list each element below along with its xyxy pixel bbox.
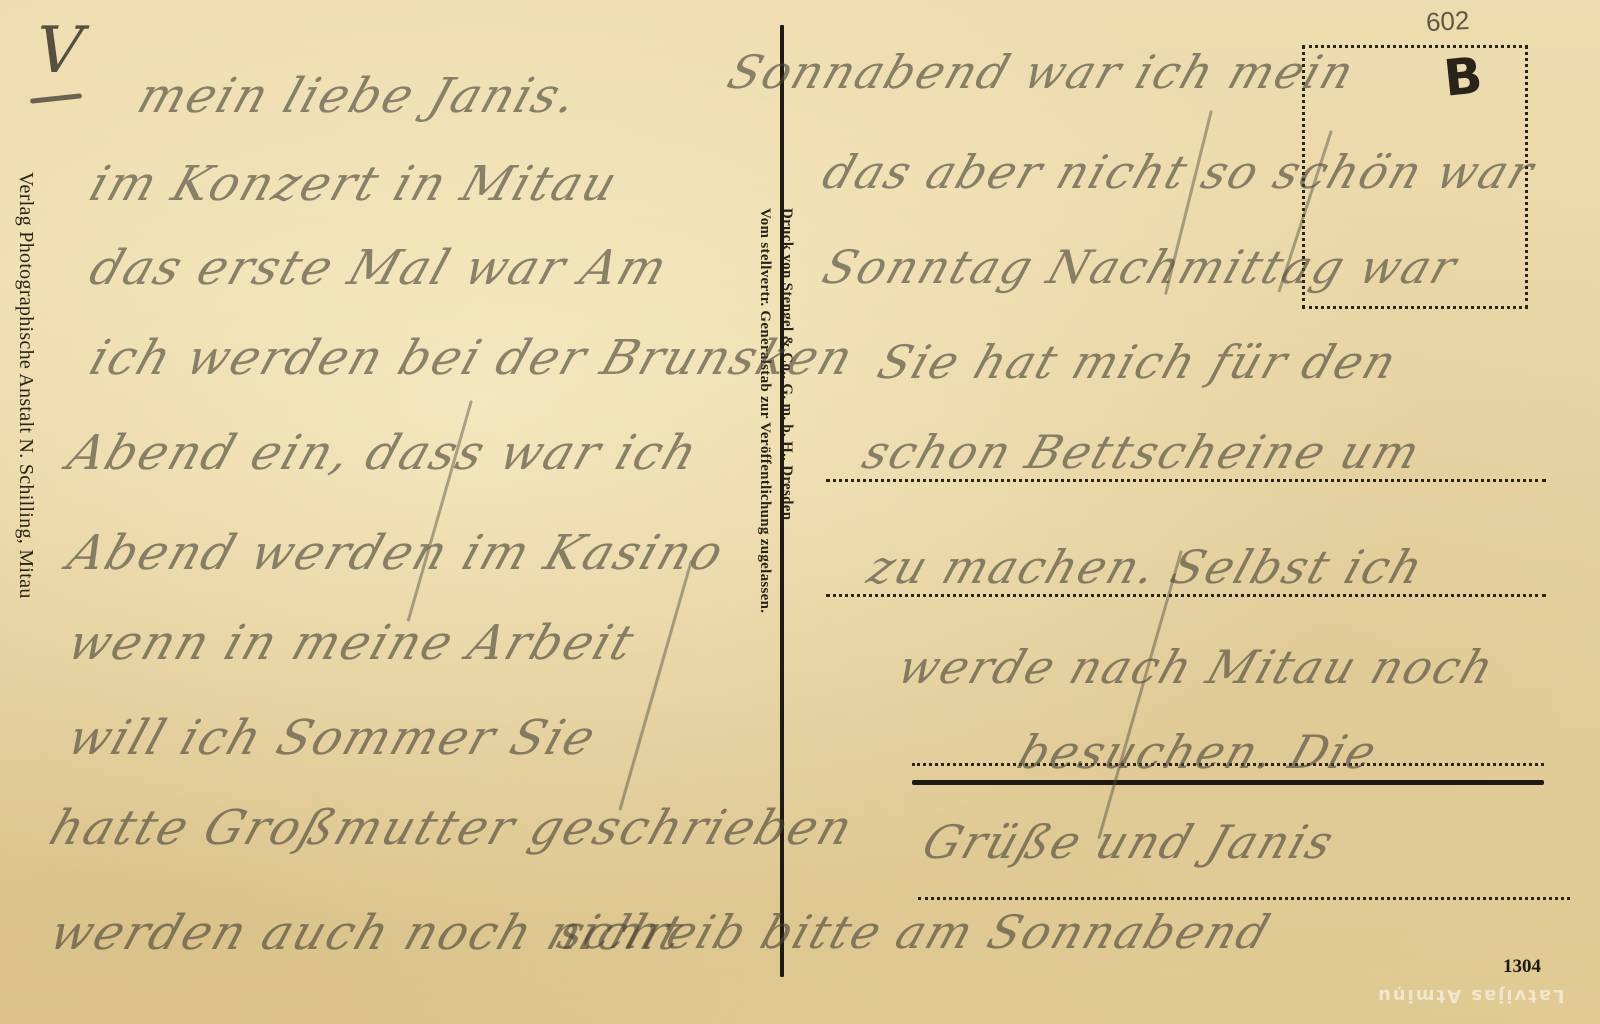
handwriting-line: im Konzert in Mitau — [83, 156, 626, 212]
handwriting-line: Sie hat mich für den — [871, 335, 1405, 389]
handwriting-line: Sonntag Nachmittag war — [816, 240, 1465, 294]
handwriting-line: besuchen. Die — [1011, 725, 1385, 779]
handwriting-line: wenn in meine Arbeit — [61, 615, 643, 671]
pencil-stroke — [618, 560, 693, 811]
handwriting-line: Sonnabend war ich mein — [721, 45, 1362, 99]
address-line-1 — [826, 479, 1546, 482]
handwriting-line: schon Bettscheine um — [856, 425, 1428, 479]
section-mark-underline — [30, 93, 82, 103]
address-line-4 — [918, 897, 1570, 900]
handwriting-line: hatte Großmutter geschrieben — [43, 800, 861, 856]
handwriting-line: werde nach Mitau noch — [891, 640, 1502, 694]
handwriting-line: Abend ein, dass war ich — [61, 425, 706, 481]
postcard: V Verlag Photographische Anstalt N. Schi… — [0, 0, 1600, 1024]
handwriting-line: Abend werden im Kasino — [61, 525, 732, 581]
handwriting-line: schreib bitte am Sonnabend — [551, 905, 1278, 959]
catalog-mark: B — [1441, 46, 1485, 108]
section-mark: V — [27, 14, 92, 88]
handwriting-line: das erste Mal war Am — [83, 240, 676, 296]
handwriting-line: Grüße und Janis — [916, 815, 1342, 869]
address-thick-rule — [912, 780, 1544, 785]
handwriting-line: zu machen. Selbst ich — [861, 540, 1431, 594]
publisher-imprint: Verlag Photographische Anstalt N. Schill… — [14, 172, 37, 599]
handwriting-line: will ich Sommer Sie — [61, 710, 604, 766]
address-line-2 — [826, 594, 1546, 597]
card-number: 1304 — [1503, 956, 1541, 978]
printer-imprint-line2: Vom stellvertr. Generalstab zur Veröffen… — [754, 208, 776, 613]
handwriting-line: ich werden bei der Brunsken — [83, 330, 862, 386]
archive-watermark: Latvijas Atmiņu — [1376, 985, 1565, 1006]
catalog-number: 602 — [1425, 5, 1470, 38]
handwriting-line: mein liebe Janis. — [131, 68, 586, 124]
handwriting-line: das aber nicht so schön war — [816, 145, 1542, 199]
printer-imprint: Druck von Stengel & Co., G. m. b. H., Dr… — [754, 208, 798, 613]
